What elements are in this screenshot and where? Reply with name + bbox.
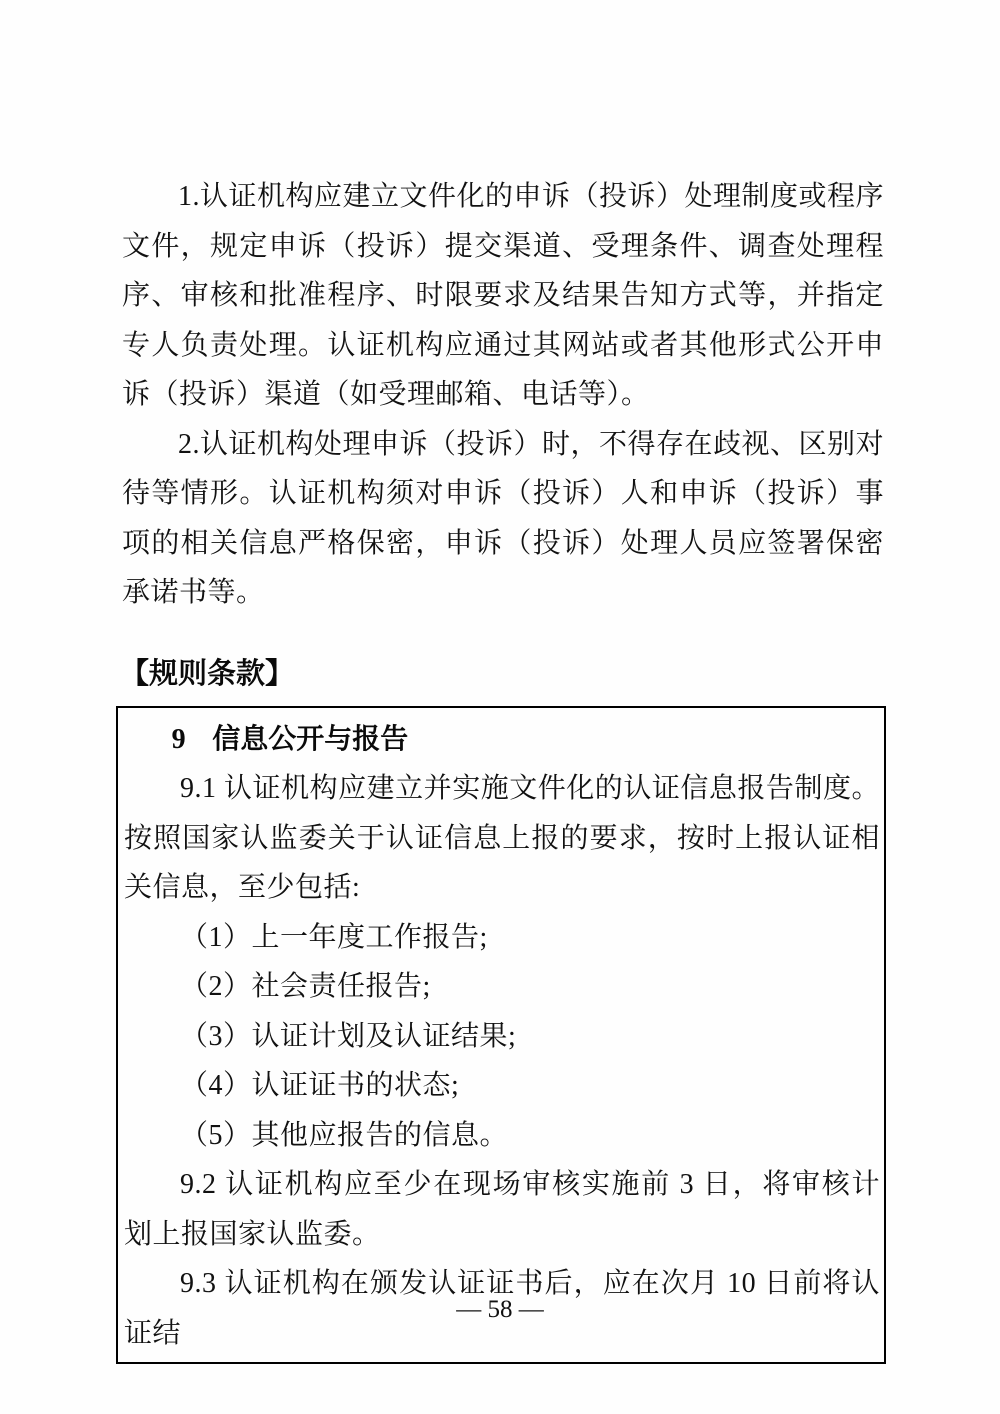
clause-heading-number: 9 <box>172 724 186 755</box>
clause-heading-title: 信息公开与报告 <box>212 723 408 754</box>
clause-heading: 9信息公开与报告 <box>124 714 880 765</box>
section-label-rule-clauses: 【规则条款】 <box>120 652 886 696</box>
report-item-2: （2）社会责任报告; <box>124 962 880 1012</box>
paragraph-appeal-complaint-handling: 2.认证机构处理申诉（投诉）时，不得存在歧视、区别对待等情形。认证机构须对申诉（… <box>116 420 886 618</box>
page-content: 1.认证机构应建立文件化的申诉（投诉）处理制度或程序文件，规定申诉（投诉）提交渠… <box>116 172 886 1364</box>
paragraph-appeal-complaint-system: 1.认证机构应建立文件化的申诉（投诉）处理制度或程序文件，规定申诉（投诉）提交渠… <box>116 172 886 420</box>
rule-clauses-box: 9信息公开与报告 9.1 认证机构应建立并实施文件化的认证信息报告制度。按照国家… <box>116 706 886 1365</box>
document-page: 1.认证机构应建立文件化的申诉（投诉）处理制度或程序文件，规定申诉（投诉）提交渠… <box>0 0 1000 1414</box>
report-item-1: （1）上一年度工作报告; <box>124 913 880 963</box>
clause-9-2: 9.2 认证机构应至少在现场审核实施前 3 日，将审核计划上报国家认监委。 <box>124 1160 880 1259</box>
clause-9-1: 9.1 认证机构应建立并实施文件化的认证信息报告制度。按照国家认监委关于认证信息… <box>124 764 880 913</box>
report-item-3: （3）认证计划及认证结果; <box>124 1012 880 1062</box>
page-footer: — 58 — <box>0 1292 1000 1328</box>
report-item-4: （4）认证证书的状态; <box>124 1061 880 1111</box>
report-item-5: （5）其他应报告的信息。 <box>124 1111 880 1161</box>
page-number-text: — 58 — <box>456 1296 544 1323</box>
